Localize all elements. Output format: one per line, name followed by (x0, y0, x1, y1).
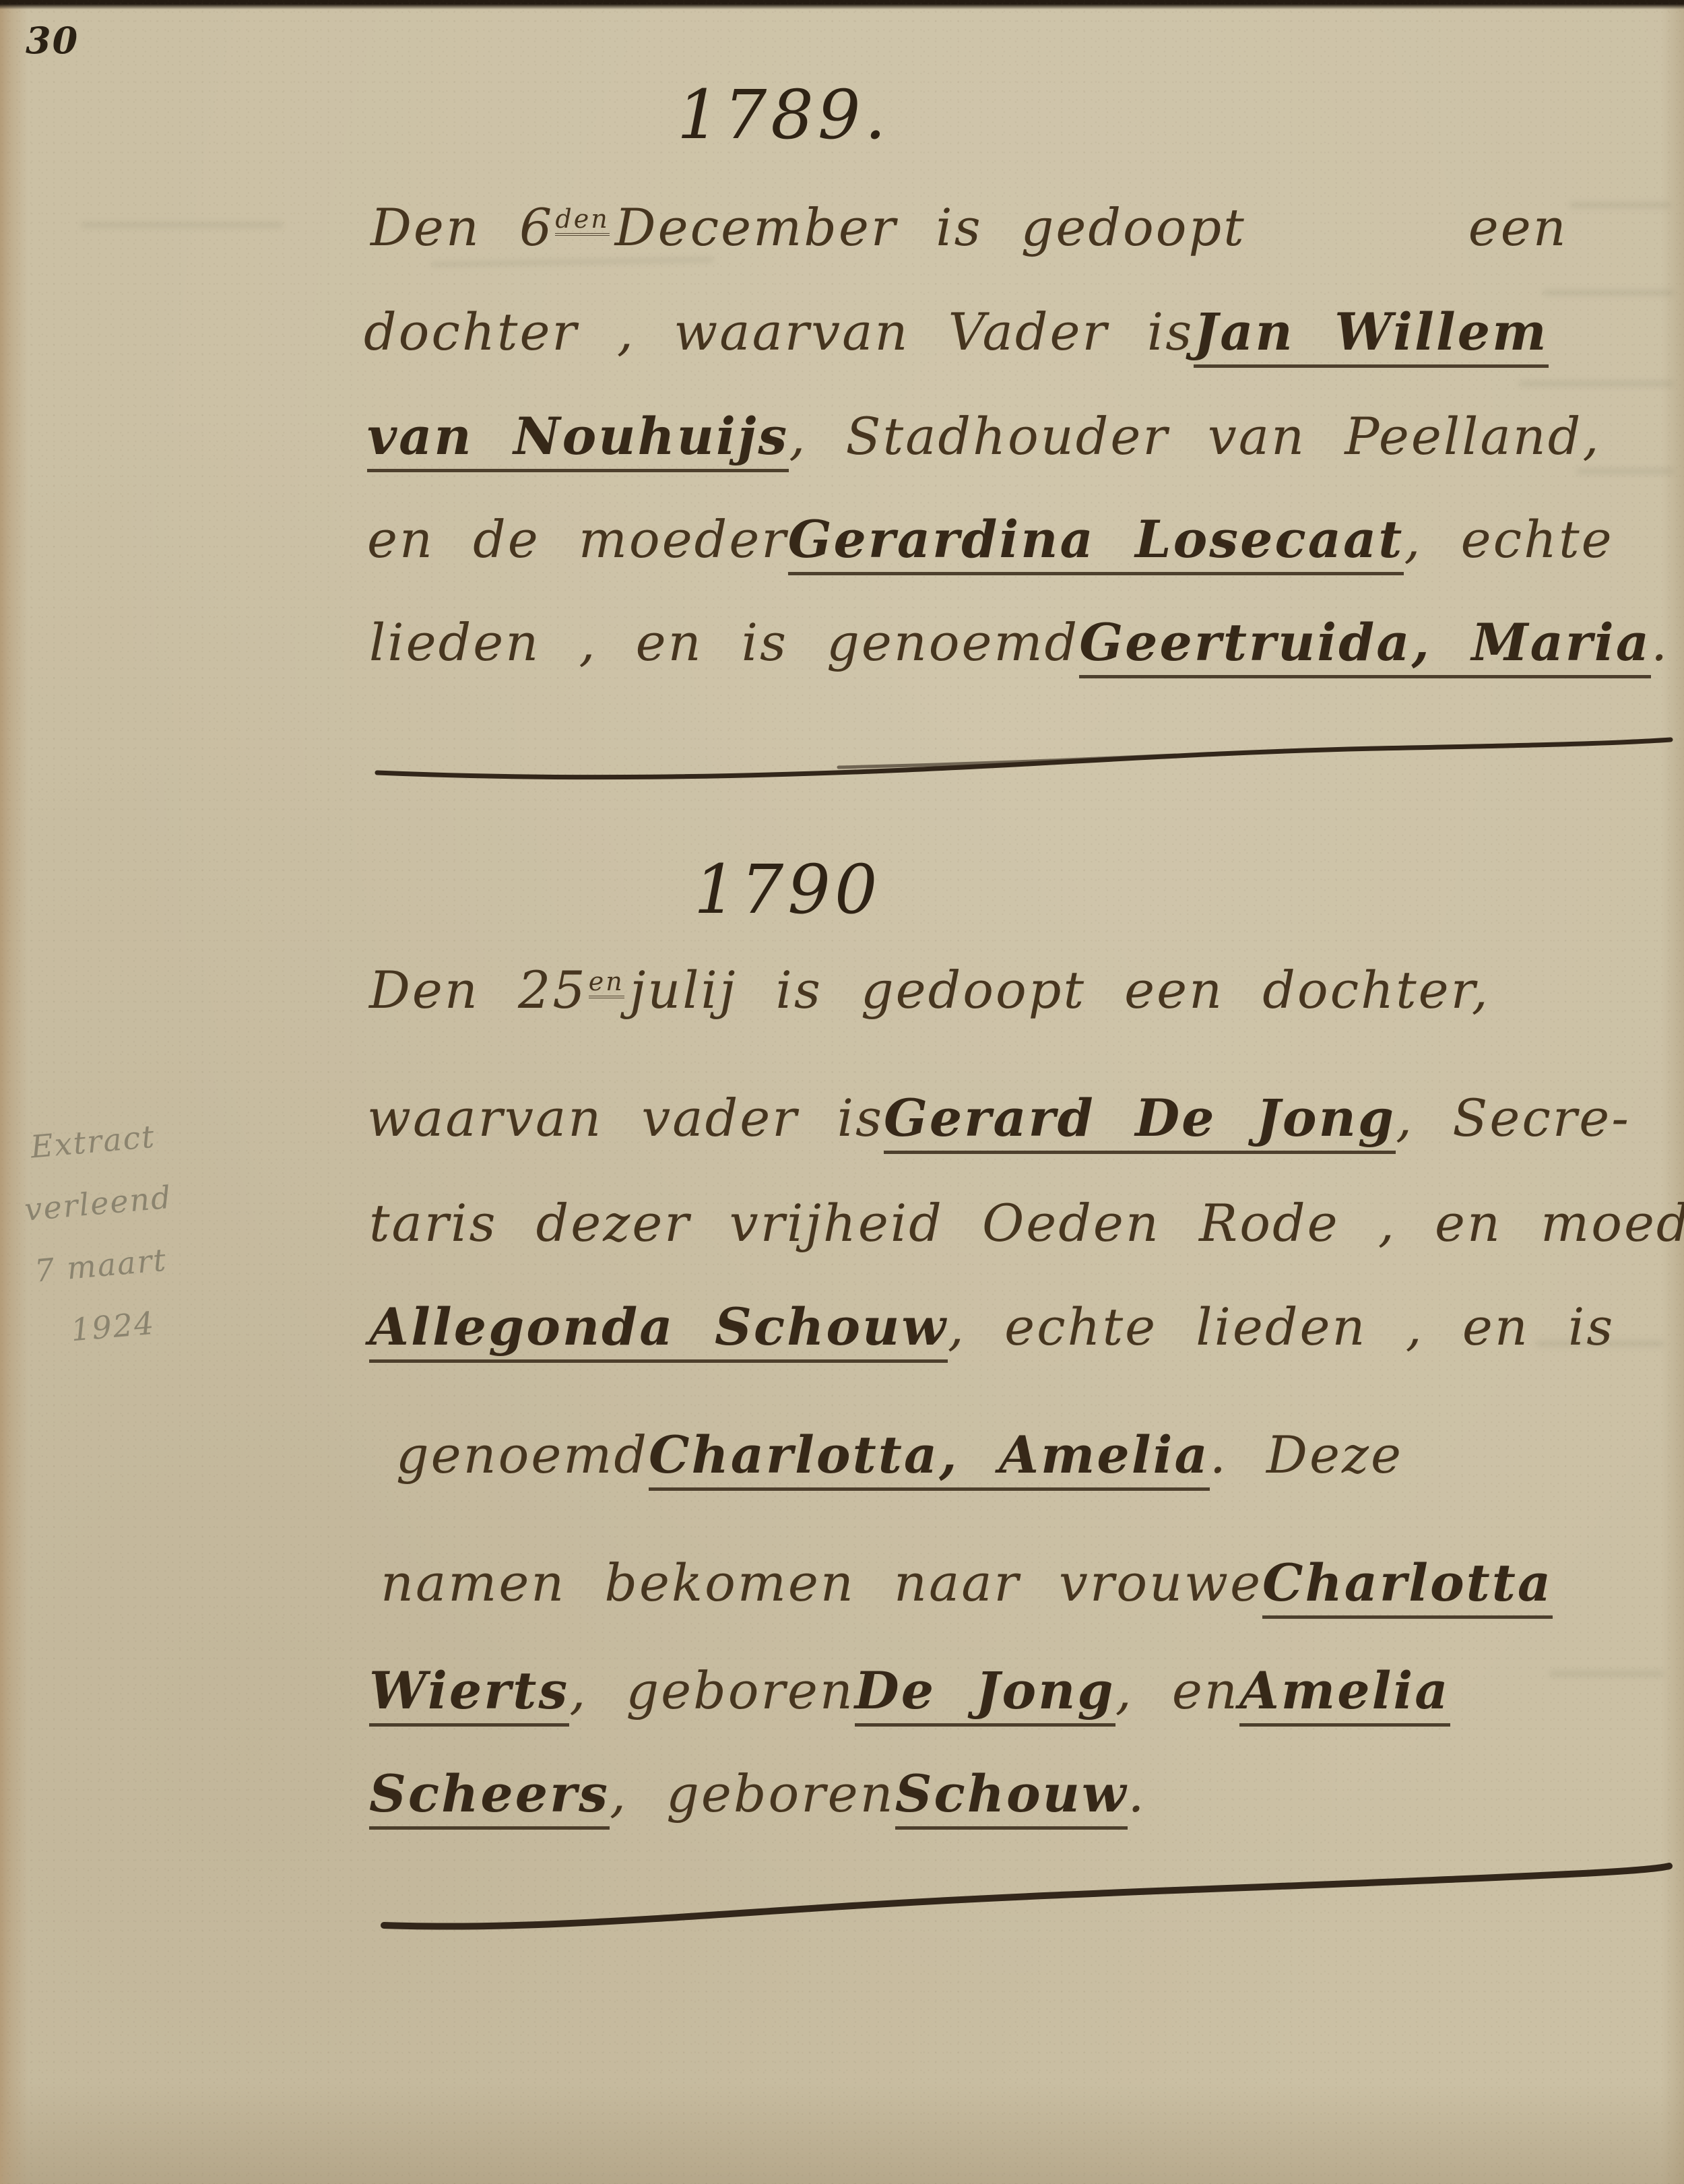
underlined-name: Charlotta, Amelia (649, 1430, 1210, 1491)
text-segment: en de moeder (367, 514, 788, 565)
text-segment: , Secre- (1396, 1093, 1631, 1144)
text-segment: , geboren (610, 1768, 895, 1820)
ink-bleed-through (431, 257, 714, 267)
text-line: en de moeder Gerardina Losecaat , echte (367, 514, 1614, 575)
text-segment: Den 25 (369, 965, 587, 1016)
underlined-name: Allegonda Schouw (369, 1302, 948, 1363)
text-line: van Nouhuijs , Stadhouder van Peelland, (367, 411, 1601, 472)
ink-bleed-through (1519, 381, 1674, 387)
text-segment: , echte lieden , en is (948, 1302, 1615, 1353)
text-segment: , echte (1404, 514, 1613, 565)
text-segment: dochter , waarvan Vader is (364, 307, 1194, 358)
text-line: Den 6den December is gedoopteen (370, 202, 1568, 253)
underlined-name: Charlotta (1262, 1557, 1553, 1619)
text-segment: , en (1115, 1665, 1239, 1716)
text-line: namen bekomen naar vrouwe Charlotta (381, 1557, 1553, 1619)
text-line: Allegonda Schouw , echte lieden , en is (369, 1302, 1615, 1363)
text-segment: , Stadhouder van Peelland, (789, 411, 1600, 462)
text-segment: julij is gedoopt een dochter, (630, 965, 1490, 1016)
underlined-name: Amelia (1239, 1665, 1450, 1727)
ink-bleed-through (1569, 202, 1671, 208)
text-line: dochter , waarvan Vader is Jan Willem (364, 307, 1549, 368)
divider-rule (367, 731, 1681, 795)
margin-note: Extractverleend7 maart1924 (13, 1100, 236, 1365)
underlined-name: Schouw (895, 1768, 1128, 1830)
underlined-name: Geertruida, Maria (1079, 617, 1651, 678)
year-heading: 1790 (694, 850, 882, 929)
ink-bleed-through (1543, 290, 1674, 296)
text-line: genoemd Charlotta, Amelia . Deze (396, 1430, 1403, 1491)
text-line: Den 25en julij is gedoopt een dochter, (369, 965, 1490, 1016)
underlined-name: Scheers (369, 1768, 610, 1830)
text-segment: . (1128, 1768, 1146, 1820)
ink-bleed-through (1536, 1341, 1664, 1347)
text-segment: een (1468, 202, 1568, 253)
ink-bleed-through (1549, 1671, 1664, 1677)
underlined-name: Wierts (369, 1665, 569, 1727)
underlined-name: Gerardina Losecaat (788, 514, 1404, 575)
text-line: Wierts , geboren De Jong , en Amelia (369, 1665, 1450, 1727)
ink-bleed-through (1576, 468, 1674, 474)
text-segment: December is gedoopt (615, 202, 1246, 253)
text-segment: lieden , en is genoemd (369, 617, 1079, 668)
manuscript-page: 30 1789.Den 6den December is gedoopteend… (0, 0, 1684, 2184)
superscript-abbreviation: en (589, 969, 624, 998)
underlined-name: Jan Willem (1194, 307, 1548, 368)
text-segment: , geboren (569, 1665, 855, 1716)
year-heading: 1789. (677, 75, 890, 154)
ink-bleed-through (81, 222, 283, 228)
page-number: 30 (26, 19, 79, 62)
divider-rule (370, 1853, 1681, 1944)
text-segment: . (1651, 617, 1669, 668)
text-segment: waarvan vader is (367, 1093, 884, 1144)
text-segment: . Deze (1210, 1430, 1403, 1481)
text-line: Scheers , geboren Schouw. (369, 1768, 1146, 1830)
text-segment: namen bekomen naar vrouwe (381, 1557, 1262, 1609)
text-line: lieden , en is genoemd Geertruida, Maria… (369, 617, 1669, 678)
text-segment: genoemd (396, 1430, 649, 1481)
superscript-abbreviation: den (555, 206, 609, 236)
text-line: taris dezer vrijheid Oeden Rode , en moe… (369, 1198, 1684, 1249)
underlined-name: Gerard De Jong (884, 1093, 1396, 1154)
underlined-name: De Jong (855, 1665, 1115, 1727)
text-line: waarvan vader is Gerard De Jong, Secre- (367, 1093, 1631, 1154)
text-segment: Den 6 (370, 202, 554, 253)
underlined-name: van Nouhuijs (367, 411, 789, 472)
text-segment: taris dezer vrijheid Oeden Rode , en moe… (369, 1198, 1684, 1249)
